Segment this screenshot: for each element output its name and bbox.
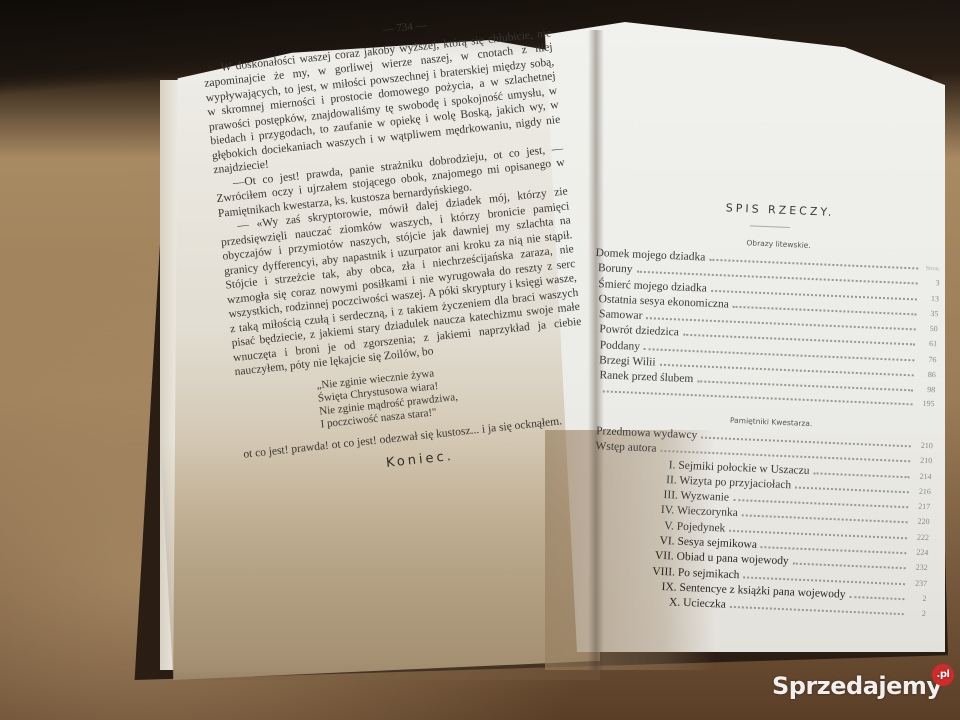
left-page-shadow [160, 440, 600, 680]
left-page-text: — 734 — W doskonałości waszej coraz jako… [200, 5, 595, 486]
watermark-brand: Sprzedajemy [772, 672, 942, 700]
divider [749, 225, 789, 228]
watermark-logo: Sprzedajemy .pl [772, 672, 942, 700]
table-of-contents: SPIS RZECZY. Obrazy litewskie. Domek moj… [581, 196, 943, 623]
watermark-badge: .pl [932, 664, 954, 686]
